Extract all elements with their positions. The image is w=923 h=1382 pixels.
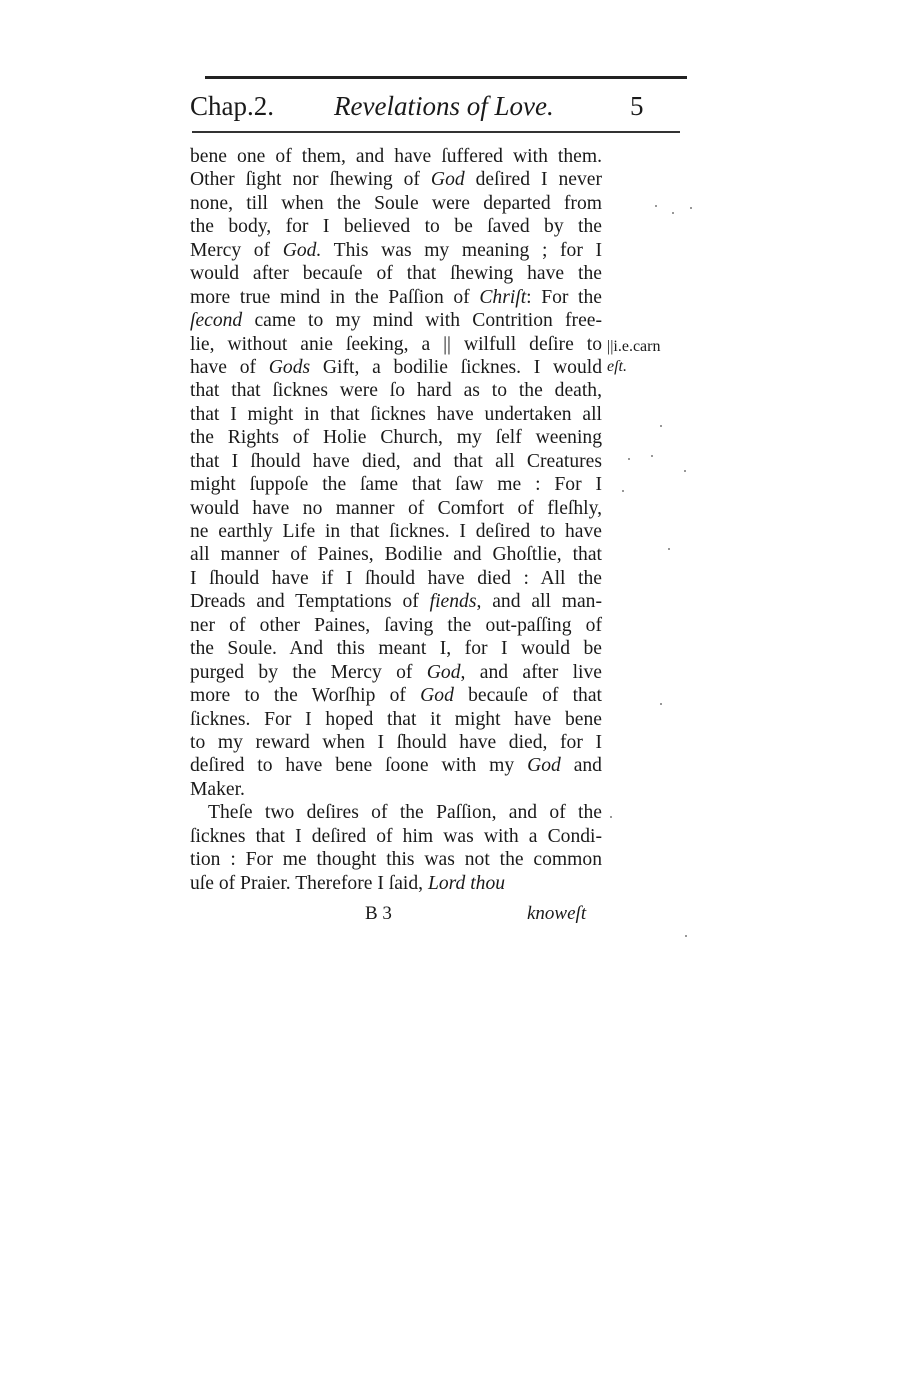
text-run: tion : For me thought this was not the c…: [190, 849, 602, 870]
text-line: more to the Worſhip of God becauſe of th…: [190, 684, 602, 707]
text-run: the Rights of Holie Church, my ſelf ween…: [190, 427, 602, 448]
italic-run: fiends: [430, 591, 477, 612]
text-run: deſired I never: [465, 169, 602, 190]
italic-run: Lord thou: [428, 873, 505, 894]
text-run: Other ſight nor ſhewing of: [190, 169, 431, 190]
text-line: that I ſhould have died, and that all Cr…: [190, 450, 602, 473]
text-line: to my reward when I ſhould have died, fo…: [190, 731, 602, 754]
text-line: lie, without anie ſeeking, a || wilfull …: [190, 333, 602, 356]
text-line: bene one of them, and have ſuffered with…: [190, 145, 602, 168]
header-bottom-rule: [192, 131, 680, 133]
print-speck: [655, 205, 657, 207]
italic-run: God: [420, 685, 454, 706]
italic-run: Chriſt: [479, 287, 526, 308]
text-run: Gift, a bodilie ſicknes. I would: [310, 357, 602, 378]
text-run: I ſhould have if I ſhould have died : Al…: [190, 568, 602, 589]
text-run: ner of other Paines, ſaving the out-paſſ…: [190, 615, 602, 636]
text-line: Other ſight nor ſhewing of God deſired I…: [190, 168, 602, 191]
text-run: that that ſicknes were ſo hard as to the…: [190, 380, 602, 401]
text-run: might ſuppoſe the ſame that ſaw me : For…: [190, 474, 602, 495]
text-line: ne earthly Life in that ſicknes. I deſir…: [190, 520, 602, 543]
text-run: becauſe of that: [454, 685, 602, 706]
text-run: ne earthly Life in that ſicknes. I deſir…: [190, 521, 602, 542]
text-line: I ſhould have if I ſhould have died : Al…: [190, 567, 602, 590]
margin-note-line-2: eſt.: [607, 357, 660, 377]
text-run: lie, without anie ſeeking, a || wilfull …: [190, 334, 602, 355]
text-run: all manner of Paines, Bodilie and Ghoſtl…: [190, 544, 602, 565]
italic-run: God: [527, 755, 561, 776]
margin-note-line-1: ||i.e.carn: [607, 337, 660, 357]
text-line: Theſe two deſires of the Paſſion, and of…: [190, 801, 602, 824]
text-line: Mercy of God. This was my meaning ; for …: [190, 239, 602, 262]
italic-run: God.: [283, 240, 322, 261]
text-run: none, till when the Soule were departed …: [190, 193, 602, 214]
text-line: none, till when the Soule were departed …: [190, 192, 602, 215]
text-run: to my reward when I ſhould have died, fo…: [190, 732, 602, 753]
text-run: bene one of them, and have ſuffered with…: [190, 146, 602, 167]
text-run: , and after live: [461, 662, 602, 683]
text-line: might ſuppoſe the ſame that ſaw me : For…: [190, 473, 602, 496]
text-run: Maker.: [190, 779, 245, 800]
print-speck: [685, 935, 687, 937]
text-run: Dreads and Temptations of: [190, 591, 430, 612]
running-title: Revelations of Love.: [334, 88, 554, 124]
text-run: : For the: [526, 287, 602, 308]
text-run: deſired to have bene ſoone with my: [190, 755, 527, 776]
catchword: knoweſt: [527, 902, 586, 926]
print-speck: [660, 425, 662, 427]
text-line: would have no manner of Comfort of fleſh…: [190, 497, 602, 520]
text-run: Mercy of: [190, 240, 283, 261]
print-speck: [628, 458, 630, 460]
text-run: have of: [190, 357, 269, 378]
chapter-label: Chap.2.: [190, 88, 274, 124]
text-line: Dreads and Temptations of fiends, and al…: [190, 590, 602, 613]
signature-mark: B 3: [365, 902, 392, 926]
text-run: , and all man-: [476, 591, 602, 612]
page-number: 5: [630, 88, 644, 124]
body-text: bene one of them, and have ſuffered with…: [190, 145, 602, 895]
text-run: that I ſhould have died, and that all Cr…: [190, 451, 602, 472]
text-line: ſicknes that I deſired of him was with a…: [190, 825, 602, 848]
print-speck: [622, 490, 624, 492]
book-page: Chap.2. Revelations of Love. 5 bene one …: [0, 0, 923, 1382]
text-run: would after becauſe of that ſhewing have…: [190, 263, 602, 284]
text-line: Maker.: [190, 778, 602, 801]
text-line: ſicknes. For I hoped that it might have …: [190, 708, 602, 731]
text-line: deſired to have bene ſoone with my God a…: [190, 754, 602, 777]
margin-note: ||i.e.carn eſt.: [607, 337, 660, 377]
header-top-rule: [205, 76, 687, 79]
text-line: the body, for I believed to be ſaved by …: [190, 215, 602, 238]
italic-run: God: [427, 662, 461, 683]
text-line: that that ſicknes were ſo hard as to the…: [190, 379, 602, 402]
text-line: that I might in that ſicknes have undert…: [190, 403, 602, 426]
text-line: the Rights of Holie Church, my ſelf ween…: [190, 426, 602, 449]
text-run: the Soule. And this meant I, for I would…: [190, 638, 602, 659]
text-line: have of Gods Gift, a bodilie ſicknes. I …: [190, 356, 602, 379]
italic-run: God: [431, 169, 465, 190]
text-run: This was my meaning ; for I: [321, 240, 602, 261]
text-run: ſicknes that I deſired of him was with a…: [190, 826, 602, 847]
text-run: the body, for I believed to be ſaved by …: [190, 216, 602, 237]
text-run: more true mind in the Paſſion of: [190, 287, 479, 308]
print-speck: [672, 212, 674, 214]
text-line: ſecond came to my mind with Contrition f…: [190, 309, 602, 332]
print-speck: [668, 548, 670, 550]
print-speck: [610, 816, 612, 818]
print-speck: [660, 703, 662, 705]
text-run: ſicknes. For I hoped that it might have …: [190, 709, 602, 730]
text-line: purged by the Mercy of God, and after li…: [190, 661, 602, 684]
text-run: more to the Worſhip of: [190, 685, 420, 706]
text-line: all manner of Paines, Bodilie and Ghoſtl…: [190, 543, 602, 566]
text-line: tion : For me thought this was not the c…: [190, 848, 602, 871]
text-run: Theſe two deſires of the Paſſion, and of…: [208, 802, 602, 823]
print-speck: [690, 207, 692, 209]
text-run: came to my mind with Contrition free-: [242, 310, 602, 331]
text-line: uſe of Praier. Therefore I ſaid, Lord th…: [190, 872, 602, 895]
text-line: ner of other Paines, ſaving the out-paſſ…: [190, 614, 602, 637]
text-run: purged by the Mercy of: [190, 662, 427, 683]
text-run: uſe of Praier. Therefore I ſaid,: [190, 873, 428, 894]
print-speck: [684, 470, 686, 472]
print-speck: [651, 455, 653, 457]
text-run: would have no manner of Comfort of fleſh…: [190, 498, 602, 519]
text-line: more true mind in the Paſſion of Chriſt:…: [190, 286, 602, 309]
italic-run: Gods: [269, 357, 310, 378]
italic-run: ſecond: [190, 310, 242, 331]
text-run: that I might in that ſicknes have undert…: [190, 404, 602, 425]
text-run: and: [561, 755, 602, 776]
text-line: the Soule. And this meant I, for I would…: [190, 637, 602, 660]
text-line: would after becauſe of that ſhewing have…: [190, 262, 602, 285]
